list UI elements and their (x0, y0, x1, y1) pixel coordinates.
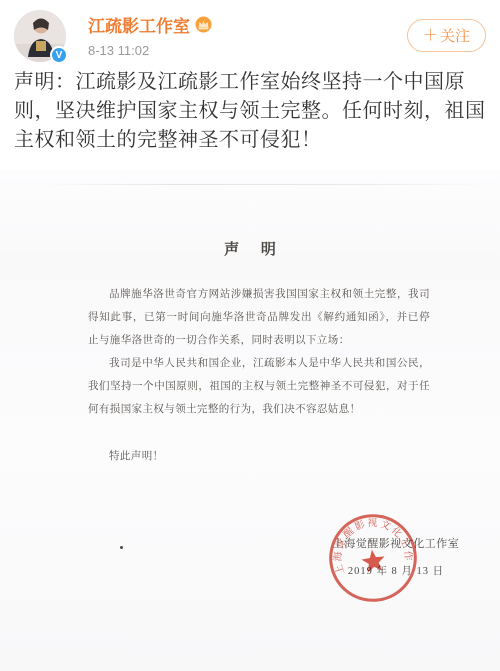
paper-edge (40, 184, 490, 185)
ink-speck (120, 546, 123, 549)
crown-icon (195, 16, 212, 33)
document-closing: 特此声明！ (88, 448, 164, 463)
signature-block: 上海觉醒影视文化工作室 2019 年 8 月 13 日 (328, 535, 464, 578)
follow-button[interactable]: ＋ 关注 (407, 19, 486, 52)
username-link[interactable]: 江疏影工作室 (88, 12, 190, 37)
document-title: 声 明 (0, 238, 500, 259)
plus-icon: ＋ (423, 28, 438, 43)
verified-v-icon: V (50, 46, 68, 64)
post-timestamp: 8-13 11:02 (88, 43, 212, 58)
document-paragraph-2: 我司是中华人民共和国企业，江疏影本人是中华人民共和国公民，我们坚持一个中国原则，… (88, 352, 430, 421)
document-body: 品牌施华洛世奇官方网站涉嫌损害我国国家主权和领土完整，我司得知此事，已第一时间向… (88, 283, 430, 421)
document-date: 2019 年 8 月 13 日 (328, 563, 464, 578)
post-text: 声明：江疏影及江疏影工作室始终坚持一个中国原则，坚决维护国家主权与领土完整。任何… (14, 68, 486, 155)
avatar[interactable]: V (14, 10, 66, 62)
statement-document-image[interactable]: 声 明 品牌施华洛世奇官方网站涉嫌损害我国国家主权和领土完整，我司得知此事，已第… (0, 170, 500, 671)
post-header: V 江疏影工作室 8-13 11:02 ＋ 关注 (0, 0, 500, 66)
document-paragraph-1: 品牌施华洛世奇官方网站涉嫌损害我国国家主权和领土完整，我司得知此事，已第一时间向… (88, 283, 430, 352)
weibo-post-card: V 江疏影工作室 8-13 11:02 ＋ 关注 声明：江疏影及江疏影工作室始终… (0, 0, 500, 671)
user-meta: 江疏影工作室 8-13 11:02 (88, 12, 212, 58)
document-signature: 上海觉醒影视文化工作室 (328, 535, 464, 551)
follow-button-label: 关注 (440, 25, 470, 46)
